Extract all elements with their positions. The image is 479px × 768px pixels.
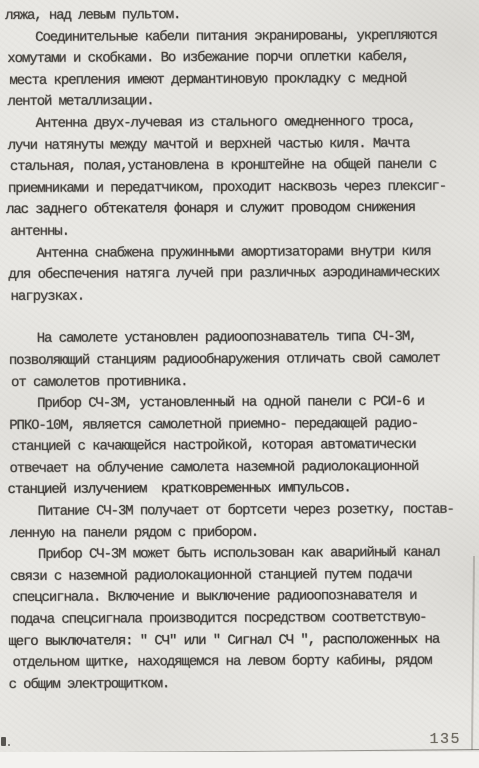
paragraph-identifier: На самолете установлен радиоопознаватель… <box>7 327 473 394</box>
text-line: щего выключателя: " СЧ" или " Сигнал СЧ … <box>8 629 474 653</box>
text-line: лучи натянуты между мачтой и верхней час… <box>8 133 472 157</box>
scan-corner-mark <box>1 737 6 746</box>
text-line: с общим электрощитком. <box>9 672 475 696</box>
text-line: хомутами и скобками. Во избежание порчи … <box>7 47 471 71</box>
text-line: ленную на панели рядом с прибором. <box>10 521 474 545</box>
text-line: нагрузках. <box>10 284 472 308</box>
text-line: лас заднего обтекателя фонаря и служит п… <box>6 198 472 222</box>
text-line: связи с наземной радиолокационной станци… <box>10 564 474 588</box>
text-line: РПКО-10М, является самолетной приемно- п… <box>9 413 473 437</box>
scan-corner-dot <box>8 744 10 746</box>
paragraph-cables: Соединительные кабели питания экранирова… <box>5 25 471 114</box>
text-line: места крепления имеют дермантиновую прок… <box>9 68 471 92</box>
text-line: стальная, полая,установлена в кронштейне… <box>10 155 472 179</box>
text-line: Соединительные кабели питания экранирова… <box>5 25 471 49</box>
text-line: Прибор СЧ-3М, установленный на одной пан… <box>7 392 473 416</box>
text-line: лентой металлизации. <box>7 90 471 114</box>
scan-margin-bottom <box>0 752 479 768</box>
text-line: подача спецсигнала производится посредст… <box>10 608 474 632</box>
page-number: 135 <box>429 731 461 748</box>
paragraph-power: Питание СЧ-3М получает от бортсети через… <box>8 500 474 546</box>
text-line: Антенна снабжена пружинными амортизатора… <box>6 241 472 265</box>
text-line: ляжа, над левым пультом. <box>5 4 471 28</box>
paragraph-antenna: Антенна двух-лучевая из стального омедне… <box>6 112 473 244</box>
text-line: для обеспечения натяга лучей при различн… <box>8 263 472 287</box>
paragraph-device: Прибор СЧ-3М, установленный на одной пан… <box>7 392 474 502</box>
text-line: станцией излучением кратковременных импу… <box>7 478 473 502</box>
paragraph-shock-absorbers: Антенна снабжена пружинными амортизатора… <box>6 241 472 308</box>
text-line: позволяющий станциям радиообнаружения от… <box>9 348 473 372</box>
text-line: станцией с качающейся настройкой, котора… <box>11 435 473 459</box>
paragraph-continuation: ляжа, над левым пультом. <box>5 4 471 28</box>
text-line: спецсигнала. Включение и выключение ради… <box>12 586 474 610</box>
text-line: антенны. <box>10 219 472 243</box>
text-line: Питание СЧ-3М получает от бортсети через… <box>8 500 474 524</box>
text-line: отдельном щитке, находящемся на левом бо… <box>12 651 474 675</box>
text-line: На самолете установлен радиоопознаватель… <box>7 327 473 351</box>
text-line: от самолетов противника. <box>11 370 473 394</box>
text-line: Прибор СЧ-3М может быть использован как … <box>8 543 474 567</box>
text-line: приемниками и передатчиком, проходит нас… <box>8 176 472 200</box>
scanned-page: ляжа, над левым пультом. Соединительные … <box>0 0 479 768</box>
text-line: отвечает на облучение самолета наземной … <box>9 456 473 480</box>
document-text: ляжа, над левым пультом. Соединительные … <box>5 4 475 697</box>
paragraph-emergency: Прибор СЧ-3М может быть использован как … <box>8 543 475 697</box>
text-line: Антенна двух-лучевая из стального омедне… <box>6 112 472 136</box>
